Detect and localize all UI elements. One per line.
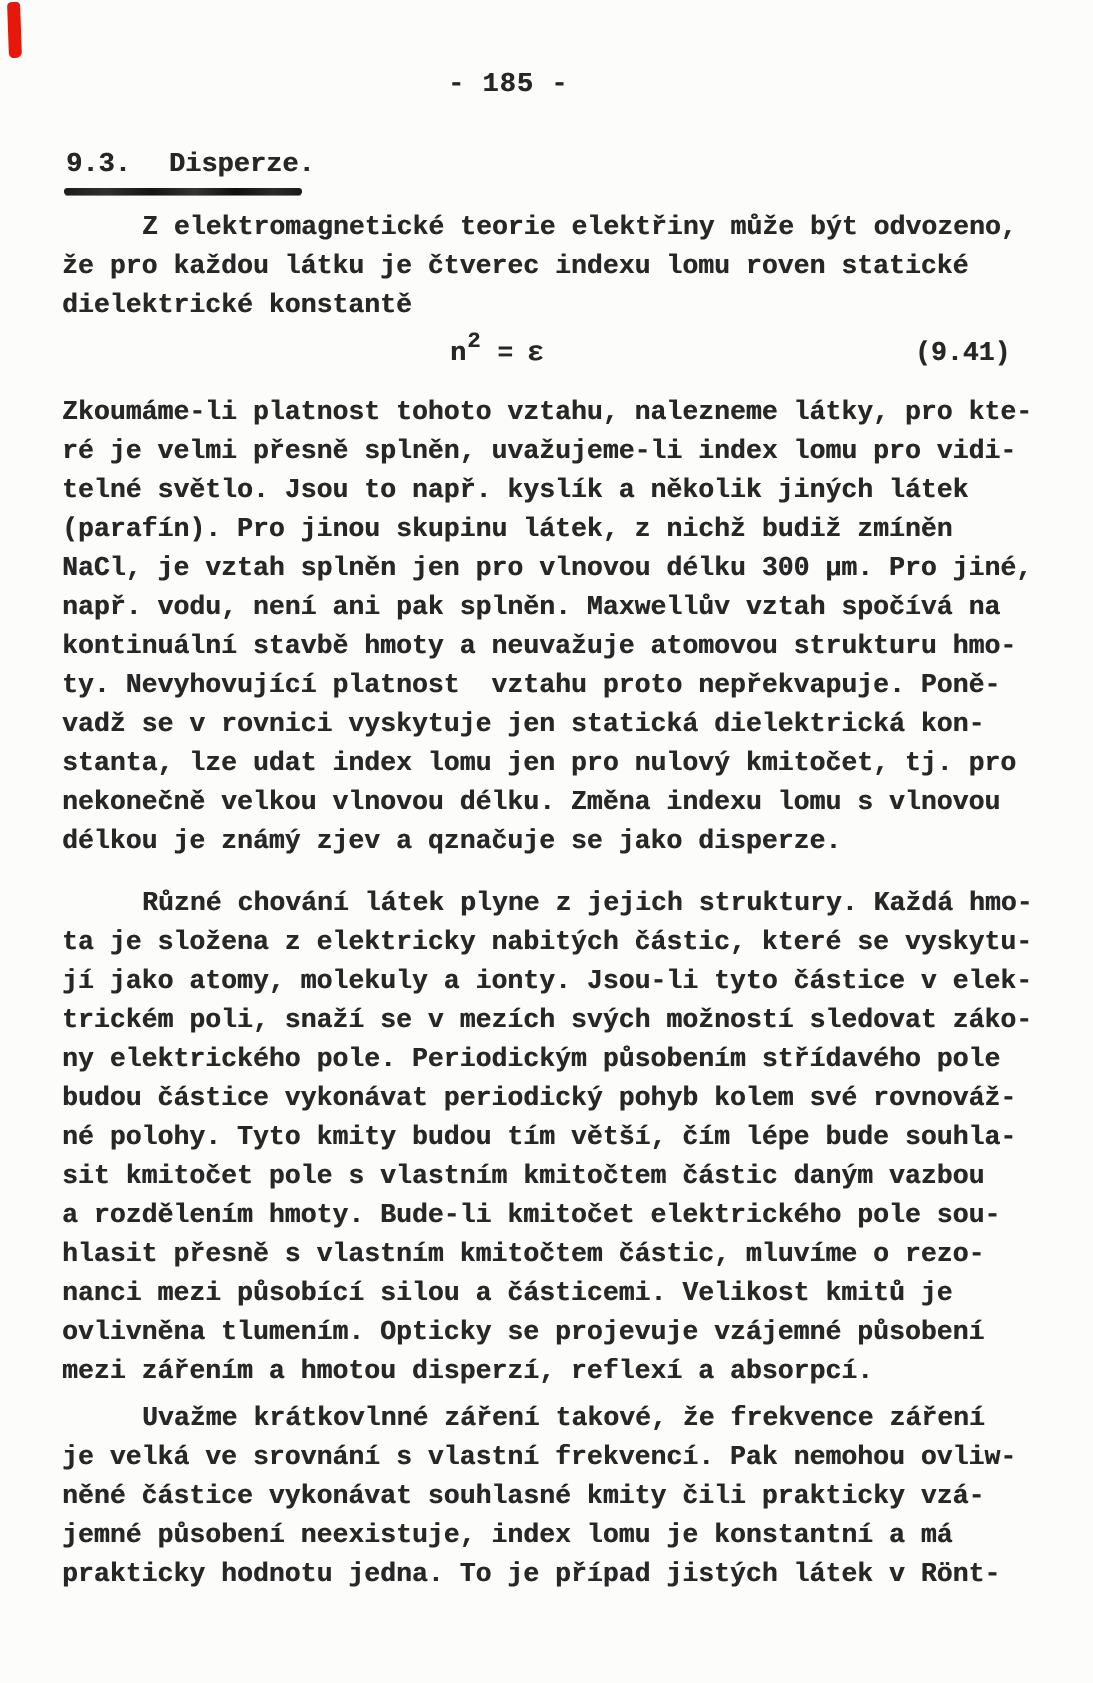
text-line: budou částice vykonávat periodický pohyb…: [62, 1079, 1047, 1118]
text-line: Různé chování látek plyne z jejich struk…: [62, 884, 1047, 923]
paragraph: Z elektromagnetické teorie elektřiny můž…: [62, 208, 1047, 325]
epsilon-symbol: ε: [527, 338, 544, 369]
text-line: jemné působení neexistuje, index lomu je…: [62, 1516, 1047, 1555]
paragraph: Různé chování látek plyne z jejich struk…: [62, 884, 1047, 1391]
text-line: ta je složena z elektricky nabitých část…: [62, 923, 1047, 962]
text-line: né polohy. Tyto kmity budou tím větší, č…: [62, 1118, 1047, 1157]
text-line: hlasit přesně s vlastním kmitočtem části…: [62, 1235, 1047, 1274]
section-title: Disperze.: [169, 150, 315, 180]
text-line: ovlivněna tlumením. Opticky se projevuje…: [62, 1313, 1047, 1352]
text-line: že pro každou látku je čtverec indexu lo…: [62, 247, 1047, 286]
section-number: 9.3.: [66, 150, 131, 180]
text-line: něné částice vykonávat souhlasné kmity č…: [62, 1477, 1047, 1516]
text-line: mezi zářením a hmotou disperzí, reflexí …: [62, 1352, 1047, 1391]
text-line: nekonečně velkou vlnovou délku. Změna in…: [62, 783, 1047, 822]
document-page: - 185 - 9.3.Disperze. Z elektromagnetick…: [0, 0, 1093, 1683]
equals-sign: =: [497, 338, 513, 368]
section-heading: 9.3.Disperze.: [66, 150, 315, 180]
equation-number: (9.41): [915, 325, 1010, 381]
paragraph: Zkoumáme-li platnost tohoto vztahu, nale…: [62, 393, 1047, 861]
text-line: telné světlo. Jsou to např. kyslík a něk…: [62, 471, 1047, 510]
text-line: ny elektrického pole. Periodickým působe…: [62, 1040, 1047, 1079]
text-line: stanta, lze udat index lomu jen pro nulo…: [62, 744, 1047, 783]
text-line: trickém poli, snaží se v mezích svých mo…: [62, 1001, 1047, 1040]
equation: n2=ε: [450, 325, 544, 383]
text-line: jí jako atomy, molekuly a ionty. Jsou-li…: [62, 962, 1047, 1001]
text-line: např. vodu, není ani pak splněn. Maxwell…: [62, 588, 1047, 627]
text-line: ty. Nevyhovující platnost vztahu proto n…: [62, 666, 1047, 705]
text-line: prakticky hodnotu jedna. To je případ ji…: [62, 1555, 1047, 1594]
red-corner-mark: [7, 2, 22, 58]
text-line: sit kmitočet pole s vlastním kmitočtem č…: [62, 1157, 1047, 1196]
text-line: Zkoumáme-li platnost tohoto vztahu, nale…: [62, 393, 1047, 432]
text-line: NaCl, je vztah splněn jen pro vlnovou dé…: [62, 549, 1047, 588]
equation-exponent: 2: [467, 329, 480, 354]
text-line: a rozdělením hmoty. Bude-li kmitočet ele…: [62, 1196, 1047, 1235]
page-number: - 185 -: [448, 70, 568, 100]
text-line: ré je velmi přesně splněn, uvažujeme-li …: [62, 432, 1047, 471]
text-line: kontinuální stavbě hmoty a neuvažuje ato…: [62, 627, 1047, 666]
text-line: délkou je známý zjev a qznačuje se jako …: [62, 822, 1047, 861]
text-line: dielektrické konstantě: [62, 286, 1047, 325]
text-line: je velká ve srovnání s vlastní frekvencí…: [62, 1438, 1047, 1477]
page-body-text: Z elektromagnetické teorie elektřiny můž…: [62, 208, 1047, 1594]
heading-underline: [64, 188, 302, 195]
text-line: (parafín). Pro jinou skupinu látek, z ni…: [62, 510, 1047, 549]
text-line: Z elektromagnetické teorie elektřiny můž…: [62, 208, 1047, 247]
equation-variable: n: [450, 339, 466, 369]
equation-row: n2=ε (9.41): [62, 325, 1047, 381]
text-line: vadž se v rovnici vyskytuje jen statická…: [62, 705, 1047, 744]
text-line: nanci mezi působící silou a částicemi. V…: [62, 1274, 1047, 1313]
paragraph: Uvažme krátkovlnné záření takové, že fre…: [62, 1399, 1047, 1594]
text-line: Uvažme krátkovlnné záření takové, že fre…: [62, 1399, 1047, 1438]
